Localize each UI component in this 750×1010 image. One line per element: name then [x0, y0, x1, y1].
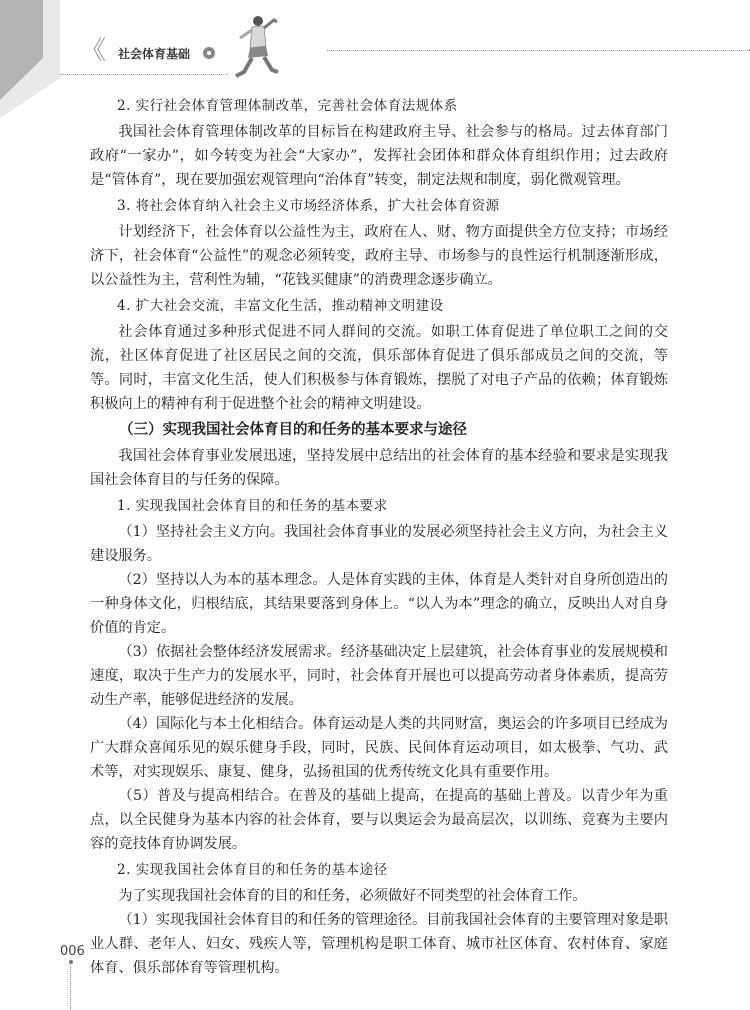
subsection-heading: 1. 实现我国社会体育目的和任务的基本要求	[90, 492, 668, 520]
paragraph: 计划经济下，社会体育以公益性为主，政府在人、财、物方面提供全方位支持；市场经济下…	[90, 220, 668, 292]
paragraph: 我国社会体育事业发展迅速，坚持发展中总结出的社会体育的基本经验和要求是实现我国社…	[90, 444, 668, 492]
book-title: 社会体育基础	[118, 45, 190, 62]
list-paragraph: （1）实现我国社会体育目的和任务的管理途径。目前我国社会体育的主要管理对象是职业…	[90, 908, 668, 980]
list-paragraph: （4）国际化与本土化相结合。体育运动是人类的共同财富，奥运会的许多项目已经成为广…	[90, 712, 668, 784]
subsection-heading: 2. 实行社会体育管理体制改革，完善社会体育法规体系	[90, 92, 668, 120]
list-paragraph: （3）依据社会整体经济发展需求。经济基础决定上层建筑，社会体育事业的发展规模和速…	[90, 640, 668, 712]
running-athlete-icon	[222, 12, 284, 82]
paragraph: 社会体育通过多种形式促进不同人群间的交流。如职工体育促进了单位职工之间的交流，社…	[90, 320, 668, 416]
paragraph: 我国社会体育管理体制改革的目标旨在构建政府主导、社会参与的格局。过去体育部门政府…	[90, 120, 668, 192]
subsection-heading: 3. 将社会体育纳入社会主义市场经济体系，扩大社会体育资源	[90, 192, 668, 220]
page-header: 《 社会体育基础	[0, 0, 750, 90]
page-marker-line	[70, 965, 71, 1010]
subsection-heading: 2. 实现我国社会体育目的和任务的基本途径	[90, 856, 668, 884]
list-paragraph: （1）坚持社会主义方向。我国社会体育事业的发展必须坚持社会主义方向，为社会主义建…	[90, 520, 668, 568]
subsection-heading: 4. 扩大社会交流，丰富文化生活，推动精神文明建设	[90, 292, 668, 320]
list-paragraph: （2）坚持以人为本的基本理念。人是体育实践的主体，体育是人类针对自身所创造出的一…	[90, 568, 668, 640]
list-paragraph: （5）普及与提高相结合。在普及的基础上提高，在提高的基础上普及。以青少年为重点，…	[90, 784, 668, 856]
page-number: 006	[60, 944, 85, 959]
page-marker-dot	[69, 960, 73, 964]
section-heading: （三）实现我国社会体育目的和任务的基本要求与途径	[90, 416, 668, 444]
circle-dot-icon	[203, 47, 215, 59]
header-rule-left	[60, 74, 228, 75]
paragraph: 为了实现我国社会体育的目的和任务，必须做好不同类型的社会体育工作。	[90, 884, 668, 908]
page-body: 2. 实行社会体育管理体制改革，完善社会体育法规体系 我国社会体育管理体制改革的…	[90, 92, 668, 980]
header-rule-right	[327, 50, 750, 51]
double-chevron-left-icon: 《	[80, 38, 100, 64]
